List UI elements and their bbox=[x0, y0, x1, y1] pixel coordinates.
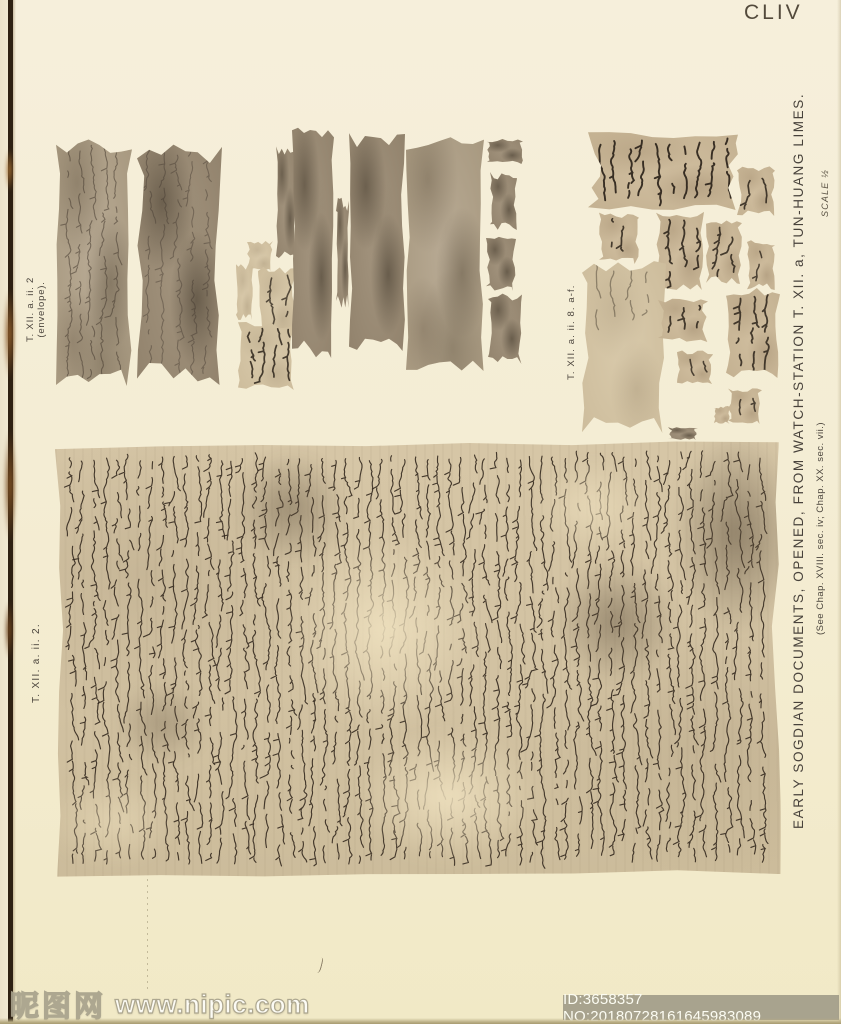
fragment-strip bbox=[276, 146, 296, 258]
fragment-small-piece bbox=[490, 172, 517, 230]
document-stain bbox=[47, 773, 177, 869]
fragment-inscribed bbox=[588, 132, 738, 210]
fragment-small-piece bbox=[488, 292, 522, 364]
spine-stain bbox=[5, 148, 14, 192]
fragment-strip bbox=[349, 132, 405, 351]
caption-envelope-ref: T. XII. a. ii. 2 bbox=[25, 277, 36, 342]
document-stain bbox=[233, 450, 349, 566]
page-right-edge bbox=[837, 0, 841, 1024]
fragment-small-piece bbox=[668, 427, 698, 440]
fragment-inscribed bbox=[599, 212, 639, 264]
watermark-id-badge: ID:3658357 NO:20180728161645983089 bbox=[563, 995, 839, 1020]
book-plate-page: CLIV T. XII. a. ii. 2 (envelope). T. XII… bbox=[0, 0, 841, 1024]
caption-envelope-label: (envelope). bbox=[36, 277, 47, 342]
fragment-inscribed bbox=[728, 388, 762, 424]
document-stain bbox=[553, 559, 679, 685]
spine-stain bbox=[3, 428, 17, 543]
plate-number: CLIV bbox=[744, 1, 803, 25]
fragment-small-piece bbox=[487, 139, 523, 164]
document-stain bbox=[673, 430, 799, 636]
fragment-small-piece bbox=[236, 264, 253, 320]
fragment-inscribed bbox=[747, 240, 775, 290]
document-stain bbox=[535, 459, 650, 555]
scale-note: SCALE ½ bbox=[820, 169, 830, 217]
document-photo bbox=[55, 440, 781, 878]
caption-fragment-group: T. XII. a. ii. 8. a-f. bbox=[566, 285, 577, 380]
fragment-inscribed bbox=[658, 298, 708, 342]
plate-title: EARLY SOGDIAN DOCUMENTS, OPENED, FROM WA… bbox=[791, 93, 806, 829]
spine-stain bbox=[3, 288, 16, 380]
plate-reference: (See Chap. XVIII. sec. iv; Chap. XX. sec… bbox=[815, 422, 826, 635]
caption-envelope: T. XII. a. ii. 2 (envelope). bbox=[25, 277, 47, 342]
fragment-small-piece bbox=[714, 406, 730, 424]
fragment-small-piece bbox=[238, 322, 296, 390]
spine-stain bbox=[4, 600, 14, 660]
fragment-strip bbox=[336, 196, 349, 308]
fragment-small-piece bbox=[486, 236, 516, 291]
fragment-small-piece bbox=[258, 266, 296, 336]
fragment-envelope-piece bbox=[137, 141, 222, 385]
nipic-site-url: www.nipic.com bbox=[115, 989, 310, 1020]
fragment-small-piece bbox=[247, 241, 273, 271]
fragment-blank bbox=[582, 258, 666, 433]
fragment-inscribed bbox=[737, 166, 775, 216]
document-stain bbox=[114, 681, 209, 766]
paper-crease-line bbox=[147, 879, 148, 989]
fragment-inscribed bbox=[706, 218, 742, 284]
caption-document: T. XII. a. ii. 2. bbox=[31, 623, 42, 703]
document-stain bbox=[285, 532, 486, 728]
fragment-strip bbox=[292, 127, 334, 358]
pen-mark bbox=[313, 956, 324, 973]
document-stain bbox=[356, 731, 542, 862]
fragment-inscribed bbox=[726, 288, 780, 378]
page-bottom-edge bbox=[0, 1018, 841, 1024]
fragment-envelope-piece bbox=[56, 138, 132, 386]
fragment-inscribed bbox=[677, 350, 713, 384]
fragment-strip bbox=[406, 137, 484, 371]
